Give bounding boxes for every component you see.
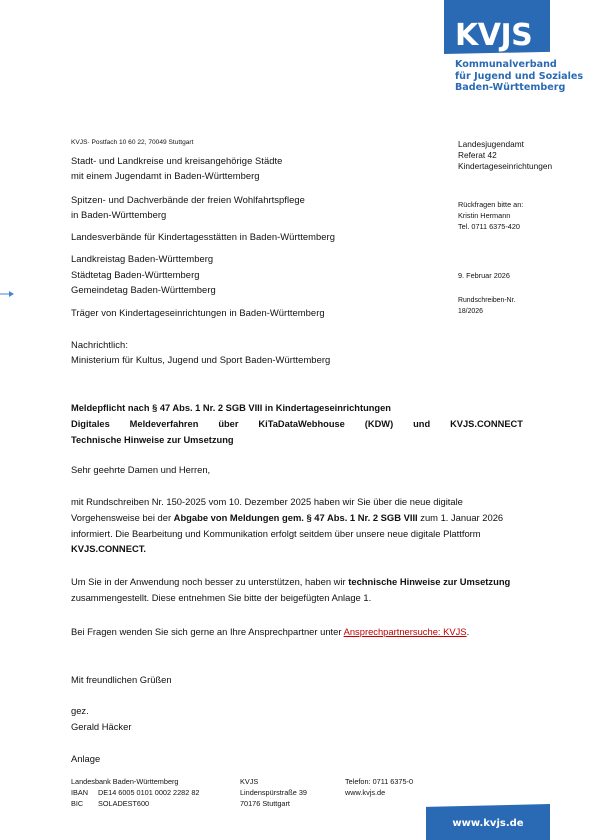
department-line: Referat 42 [458,150,552,161]
contact-phone: Tel. 0711 6375-420 [458,221,523,232]
letter-date: 9. Februar 2026 [458,271,510,280]
bic-value: SOLADEST600 [98,798,149,809]
address-line: KVJS [240,776,307,787]
cc-recipient: Ministerium für Kultus, Jugend und Sport… [71,352,330,367]
emphasis: technische Hinweise zur Umsetzung [348,576,510,587]
subject-line-1: Meldepflicht nach § 47 Abs. 1 Nr. 2 SGB … [71,400,523,416]
recipient-group-2: Spitzen- und Dachverbände der freien Woh… [71,192,305,222]
logo-subtitle-line: Kommunalverband [455,59,583,71]
footer-bank: Landesbank Baden-Württemberg IBANDE14 60… [71,776,199,809]
subject-line-2: Digitales Meldeverfahren über KiTaDataWe… [71,416,523,432]
website-badge-text[interactable]: www.kvjs.de [426,818,550,829]
footer-contact: Telefon: 0711 6375-0 www.kvjs.de [345,776,413,798]
footer-address: KVJS Lindenspürstraße 39 70176 Stuttgart [240,776,307,809]
recipient-group-5: Träger von Kindertageseinrichtungen in B… [71,305,325,320]
signer-name: Gerald Häcker [71,719,511,735]
recipient-line: Landkreistag Baden-Württemberg [71,251,216,267]
subject-word: und [413,416,430,432]
logo-subtitle-line: Baden-Württemberg [455,82,583,94]
recipient-line: Landesverbände für Kindertagesstätten in… [71,229,335,244]
contact-name: Kristin Hermann [458,210,523,221]
circular-number: 18/2026 [458,306,515,317]
recipient-group-4: Landkreistag Baden-Württemberg Städtetag… [71,251,216,298]
recipient-line: Städtetag Baden-Württemberg [71,267,216,283]
signed-marker: gez. [71,703,511,719]
iban-label: IBAN [71,787,98,798]
circular-label: Rundschreiben-Nr. [458,295,515,306]
sender-line: KVJS· Postfach 10 60 22, 70049 Stuttgart [71,139,193,146]
subject-word: (KDW) [365,416,393,432]
contact-label: Rückfragen bitte an: [458,199,523,210]
subject-word: über [218,416,238,432]
arrow-right-icon [0,290,15,298]
recipient-group-3: Landesverbände für Kindertagesstätten in… [71,229,335,244]
subject-word: KiTaDataWebhouse [258,416,344,432]
address-line: Lindenspürstraße 39 [240,787,307,798]
subject-word: Digitales [71,416,110,432]
address-line: 70176 Stuttgart [240,798,307,809]
circular-block: Rundschreiben-Nr. 18/2026 [458,295,515,317]
paragraph-2: Um Sie in der Anwendung noch besser zu u… [71,574,511,606]
department-line: Kindertageseinrichtungen [458,161,552,172]
iban-value: DE14 6005 0101 0002 2282 82 [98,787,199,798]
contact-block: Rückfragen bitte an: Kristin Hermann Tel… [458,199,523,233]
subject-word: Meldeverfahren [130,416,199,432]
recipient-line: Gemeindetag Baden-Württemberg [71,282,216,298]
paragraph-1: mit Rundschreiben Nr. 150-2025 vom 10. D… [71,494,511,557]
subject-line-3: Technische Hinweise zur Umsetzung [71,432,523,448]
subject-block: Meldepflicht nach § 47 Abs. 1 Nr. 2 SGB … [71,400,523,448]
closing: Mit freundlichen Grüßen [71,672,511,688]
department-line: Landesjugendamt [458,139,552,150]
recipient-line: Träger von Kindertageseinrichtungen in B… [71,305,325,320]
logo-subtitle-line: für Jugend und Soziales [455,71,583,83]
bic-label: BIC [71,798,98,809]
bank-name: Landesbank Baden-Württemberg [71,776,199,787]
recipient-line: mit einem Jugendamt in Baden-Württemberg [71,168,282,183]
contact-search-link[interactable]: Ansprechpartnersuche: KVJS [344,626,467,637]
footer-website[interactable]: www.kvjs.de [345,787,413,798]
emphasis: Abgabe von Meldungen gem. § 47 Abs. 1 Nr… [174,512,418,523]
department-block: Landesjugendamt Referat 42 Kindertagesei… [458,139,552,172]
recipient-group-1: Stadt- und Landkreise und kreisangehörig… [71,153,282,183]
paragraph-3: Bei Fragen wenden Sie sich gerne an Ihre… [71,624,511,640]
platform-name: KVJS.CONNECT. [71,543,146,554]
salutation: Sehr geehrte Damen und Herren, [71,462,511,478]
footer-phone: Telefon: 0711 6375-0 [345,776,413,787]
kvjs-logo-subtitle: Kommunalverband für Jugend und Soziales … [455,59,583,94]
recipient-line: Stadt- und Landkreise und kreisangehörig… [71,153,282,168]
enclosure-label: Anlage [71,751,511,767]
kvjs-logo-mark: KVJS [455,21,532,51]
cc-block: Nachrichtlich: Ministerium für Kultus, J… [71,337,330,367]
recipient-line: in Baden-Württemberg [71,207,305,222]
cc-label: Nachrichtlich: [71,337,330,352]
subject-word: KVJS.CONNECT [450,416,523,432]
recipient-line: Spitzen- und Dachverbände der freien Woh… [71,192,305,207]
